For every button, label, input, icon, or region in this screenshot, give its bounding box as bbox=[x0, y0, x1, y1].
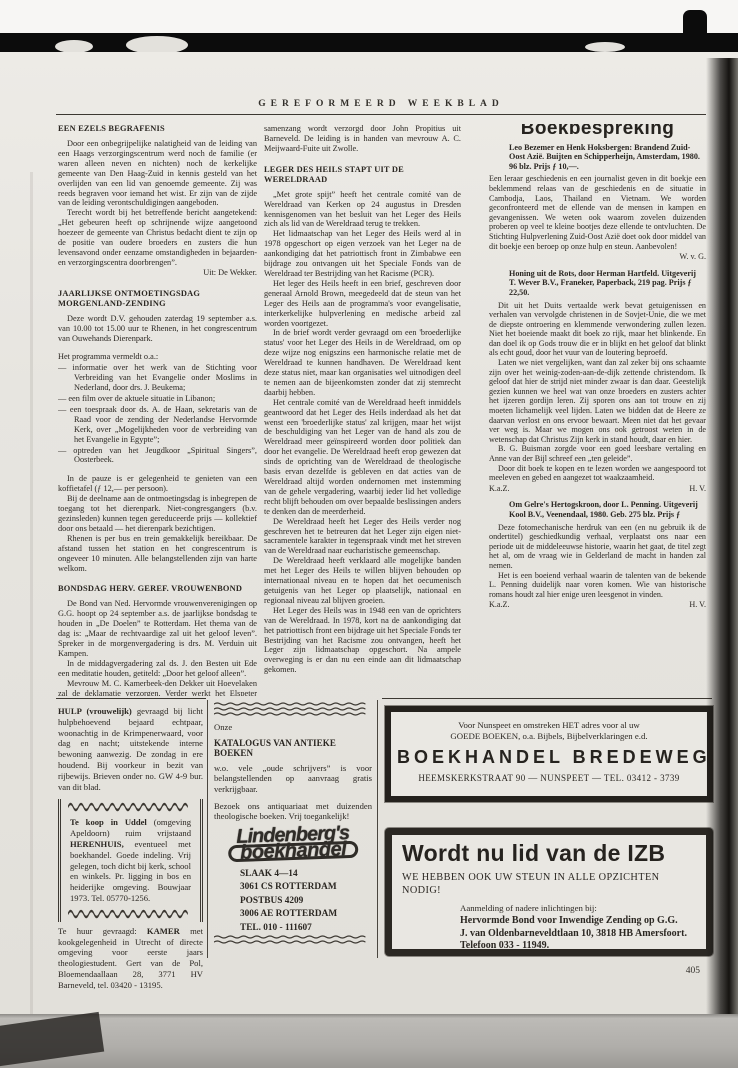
article-bondsdag: BONDSDAG HERV. GEREF. VROUWENBOND De Bon… bbox=[58, 584, 257, 696]
classifieds-top-rule bbox=[56, 698, 206, 699]
article-ontmoetingsdag: JAARLIJKSE ONTMOETINGSDAG MORGENLAND-ZEN… bbox=[58, 289, 257, 574]
review-signature-row: K.a.Z. H. V. bbox=[489, 600, 706, 610]
contact-line: Telefoon 033 - 11949. bbox=[460, 940, 696, 953]
ad-paragraph: Bezoek ons antiquariaat met duizenden th… bbox=[214, 801, 372, 822]
program-item: — een toespraak door ds. A. de Haan, sek… bbox=[58, 405, 257, 445]
ad-tagline: GOEDE BOEKEN, o.a. Bijbels, Bijbelverkla… bbox=[397, 731, 701, 742]
program-item: — optreden van het Jeugdkoor „Spiritual … bbox=[58, 446, 257, 466]
ad-lindenberg-boekhandel: Onze KATALOGUS VAN ANTIEKE BOEKEN w.o. v… bbox=[214, 702, 372, 949]
review-sig-right: W. v. G. bbox=[680, 252, 706, 262]
ad-subheadline: WE HEBBEN OOK UW STEUN IN ALLE OPZICHTEN… bbox=[402, 872, 696, 897]
torn-edge-bump bbox=[585, 42, 625, 52]
article-title: BONDSDAG HERV. GEREF. VROUWENBOND bbox=[58, 584, 257, 594]
column-left: EEN EZELS BEGRAFENIS Door een onbegrijpe… bbox=[58, 124, 257, 696]
article-paragraph: In de brief wordt verder gevraagd om een… bbox=[264, 328, 461, 397]
article-paragraph: Deze wordt D.V. gehouden zaterdag 19 sep… bbox=[58, 314, 257, 344]
lindenberg-logo: Lindenberg's boekhandel bbox=[214, 827, 373, 863]
article-bondsdag-continuation: samenzang wordt verzorgd door John Propi… bbox=[264, 124, 461, 154]
contact-line: Hervormde Bond voor Inwendige Zending op… bbox=[460, 915, 696, 928]
address-line: 3061 CS ROTTERDAM bbox=[240, 881, 372, 895]
scan-edge-top bbox=[0, 33, 738, 52]
scan-edge-right bbox=[706, 58, 738, 1014]
scan-artifact-nub bbox=[683, 10, 707, 38]
article-title: EEN EZELS BEGRAFENIS bbox=[58, 124, 257, 134]
logo-line-2: boekhandel bbox=[228, 840, 359, 862]
review-signature-row: K.a.Z. H. V. bbox=[489, 484, 706, 494]
article-paragraph: Het centrale comité van de Wereldraad he… bbox=[264, 398, 461, 517]
review-paragraph: B. G. Buisman zorgde voor een goed leesb… bbox=[489, 444, 706, 463]
column-right-boekbespreking: Boekbespreking Leo Bezemer en Henk Hoksb… bbox=[489, 124, 706, 696]
article-title: JAARLIJKSE ONTMOETINGSDAG MORGENLAND-ZEN… bbox=[58, 289, 257, 309]
article-paragraph: De Bond van Ned. Hervormde vrouwenvereni… bbox=[58, 599, 257, 658]
section-title: Boekbespreking bbox=[489, 124, 706, 134]
classified-body: Te huur gevraagd: bbox=[58, 926, 147, 936]
article-paragraph: Rhenen is per bus en trein gemakkelijk b… bbox=[58, 534, 257, 574]
review-paragraph: Het is een boeiend verhaal waarin de tal… bbox=[489, 571, 706, 600]
wavy-rule-bottom bbox=[214, 935, 372, 949]
contact-line: J. van Oldenbarneveldtlaan 10, 3818 HB A… bbox=[460, 928, 696, 941]
review-sig-left: K.a.Z. bbox=[489, 484, 510, 494]
article-source: Uit: De Wekker. bbox=[58, 268, 257, 278]
review-paragraph: Dit uit het Duits vertaalde werk bevat g… bbox=[489, 301, 706, 359]
ad-contact-block: Aanmelding of nadere inlichtingen bij: H… bbox=[460, 903, 696, 953]
article-paragraph: De Wereldraad heeft het Leger des Heils … bbox=[264, 517, 461, 557]
review-paragraph: Een leraar geschiedenis en een journalis… bbox=[489, 174, 706, 251]
ad-store-name: BOEKHANDEL BREDEWEG bbox=[397, 747, 701, 768]
article-paragraph: In de pauze is er gelegenheid te geniete… bbox=[58, 474, 257, 494]
address-line: 3006 AE ROTTERDAM bbox=[240, 908, 372, 922]
classified-lead: Te koop in Uddel bbox=[70, 817, 147, 827]
book-review-heading: Om Gelre's Hertogskroon, door L. Penning… bbox=[509, 500, 700, 519]
article-paragraph: Het lidmaatschap van het Leger des Heils… bbox=[264, 229, 461, 279]
article-paragraph: Door een onbegrijpelijke nalatigheid van… bbox=[58, 139, 257, 208]
article-paragraph: Bij de deelname aan de ontmoetingsdag is… bbox=[58, 494, 257, 534]
article-paragraph: Het leger des Heils heeft in een brief, … bbox=[264, 279, 461, 329]
article-paragraph: Terecht wordt bij het betreffende berich… bbox=[58, 208, 257, 267]
column-divider bbox=[207, 700, 208, 958]
classifieds-column: HULP (vrouwelijk) gevraagd bij licht hul… bbox=[58, 706, 203, 998]
masthead-rule bbox=[56, 114, 706, 115]
review-paragraph: Deze fotomechanische herdruk van een (en… bbox=[489, 523, 706, 571]
ad-headline: Wordt nu lid van de IZB bbox=[402, 840, 696, 867]
classified-lead: KAMER bbox=[147, 926, 180, 936]
ad-izb-membership: Wordt nu lid van de IZB WE HEBBEN OOK UW… bbox=[385, 828, 713, 956]
article-paragraph: Mevrouw M. C. Kamerbeek-den Dekker uit H… bbox=[58, 679, 257, 696]
contact-label: Aanmelding of nadere inlichtingen bij: bbox=[460, 903, 696, 913]
program-item: — een film over de aktuele situatie in L… bbox=[58, 394, 257, 404]
column-middle: samenzang wordt verzorgd door John Propi… bbox=[264, 124, 461, 696]
review-paragraph: Door dit boek te kopen en te lezen worde… bbox=[489, 464, 706, 483]
classified-ad-kamer: Te huur gevraagd: KAMER met kookgelegenh… bbox=[58, 926, 203, 991]
address-line: SLAAK 4—14 bbox=[240, 868, 372, 882]
review-paragraph: Laten we niet vergelijken, want dan zal … bbox=[489, 358, 706, 444]
classified-bold: HERENHUIS, bbox=[70, 839, 124, 849]
scan-corner-smudge bbox=[0, 1012, 104, 1068]
book-review-heading: Leo Bezemer en Henk Hoksbergen: Brandend… bbox=[509, 143, 700, 172]
ad-address: SLAAK 4—14 3061 CS ROTTERDAM POSTBUS 420… bbox=[240, 868, 372, 936]
classified-ad-uddel: Te koop in Uddel (omgeving Apeldoorn) ru… bbox=[58, 799, 203, 921]
spacer bbox=[58, 465, 257, 474]
address-line: TEL. 010 - 111607 bbox=[240, 922, 372, 936]
ad-paragraph: w.o. vele „oude schrijvers” is voor bela… bbox=[214, 763, 372, 795]
article-paragraph: samenzang wordt verzorgd door John Propi… bbox=[264, 124, 461, 154]
masthead-title: GEREFORMEERD WEEKBLAD bbox=[56, 99, 706, 109]
wavy-border-top bbox=[68, 801, 193, 813]
book-review: Honing uit de Rots, door Herman Hartfeld… bbox=[489, 269, 706, 494]
book-review-heading: Honing uit de Rots, door Herman Hartfeld… bbox=[509, 269, 700, 298]
ad-tagline: Voor Nunspeet en omstreken HET adres voo… bbox=[397, 720, 701, 731]
article-paragraph: Het Leger des Heils was in 1948 een van … bbox=[264, 606, 461, 675]
article-paragraph: In de middagvergadering zal ds. J. den B… bbox=[58, 659, 257, 679]
classified-ad-hulp: HULP (vrouwelijk) gevraagd bij licht hul… bbox=[58, 706, 203, 792]
article-leger-des-heils: LEGER DES HEILS STAPT UIT DE WERELDRAAD … bbox=[264, 165, 461, 675]
review-sig-right: H. V. bbox=[689, 484, 706, 494]
review-sig-right: H. V. bbox=[689, 600, 706, 610]
column-divider bbox=[377, 700, 378, 958]
article-title: LEGER DES HEILS STAPT UIT DE WERELDRAAD bbox=[264, 165, 461, 185]
program-intro: Het programma vermeldt o.a.: bbox=[58, 352, 257, 362]
address-line: POSTBUS 4209 bbox=[240, 895, 372, 909]
classified-body: gevraagd bij licht hulpbehoevend bejaard… bbox=[58, 706, 203, 792]
ad-boekhandel-bredeweg: Voor Nunspeet en omstreken HET adres voo… bbox=[385, 706, 713, 802]
wavy-border-bottom bbox=[68, 908, 193, 920]
ad-catalog-title: KATALOGUS VAN ANTIEKE BOEKEN bbox=[214, 738, 372, 759]
page-number: 405 bbox=[630, 966, 700, 976]
review-signature-row: W. v. G. bbox=[489, 252, 706, 262]
page-gutter-shadow bbox=[30, 172, 33, 1032]
spacer bbox=[58, 343, 257, 352]
review-sig-left: K.a.Z. bbox=[489, 600, 510, 610]
scan-edge-bottom bbox=[0, 1014, 738, 1068]
article-een-ezels-begrafenis: EEN EZELS BEGRAFENIS Door een onbegrijpe… bbox=[58, 124, 257, 278]
program-item: — informatie over het werk van de Sticht… bbox=[58, 363, 257, 393]
book-review: Om Gelre's Hertogskroon, door L. Penning… bbox=[489, 500, 706, 610]
ad-intro: Onze bbox=[214, 722, 372, 733]
ad-address-line: HEEMSKERKSTRAAT 90 — NUNSPEET — TEL. 034… bbox=[397, 773, 701, 783]
wavy-rule-top bbox=[214, 702, 372, 716]
article-paragraph: De Wereldraad heeft verklaard alle mogel… bbox=[264, 556, 461, 606]
article-paragraph: „Met grote spijt” heeft het centrale com… bbox=[264, 190, 461, 230]
ads-top-rule bbox=[382, 698, 712, 699]
classified-lead: HULP (vrouwelijk) bbox=[58, 706, 132, 716]
book-review: Leo Bezemer en Henk Hoksbergen: Brandend… bbox=[489, 143, 706, 262]
